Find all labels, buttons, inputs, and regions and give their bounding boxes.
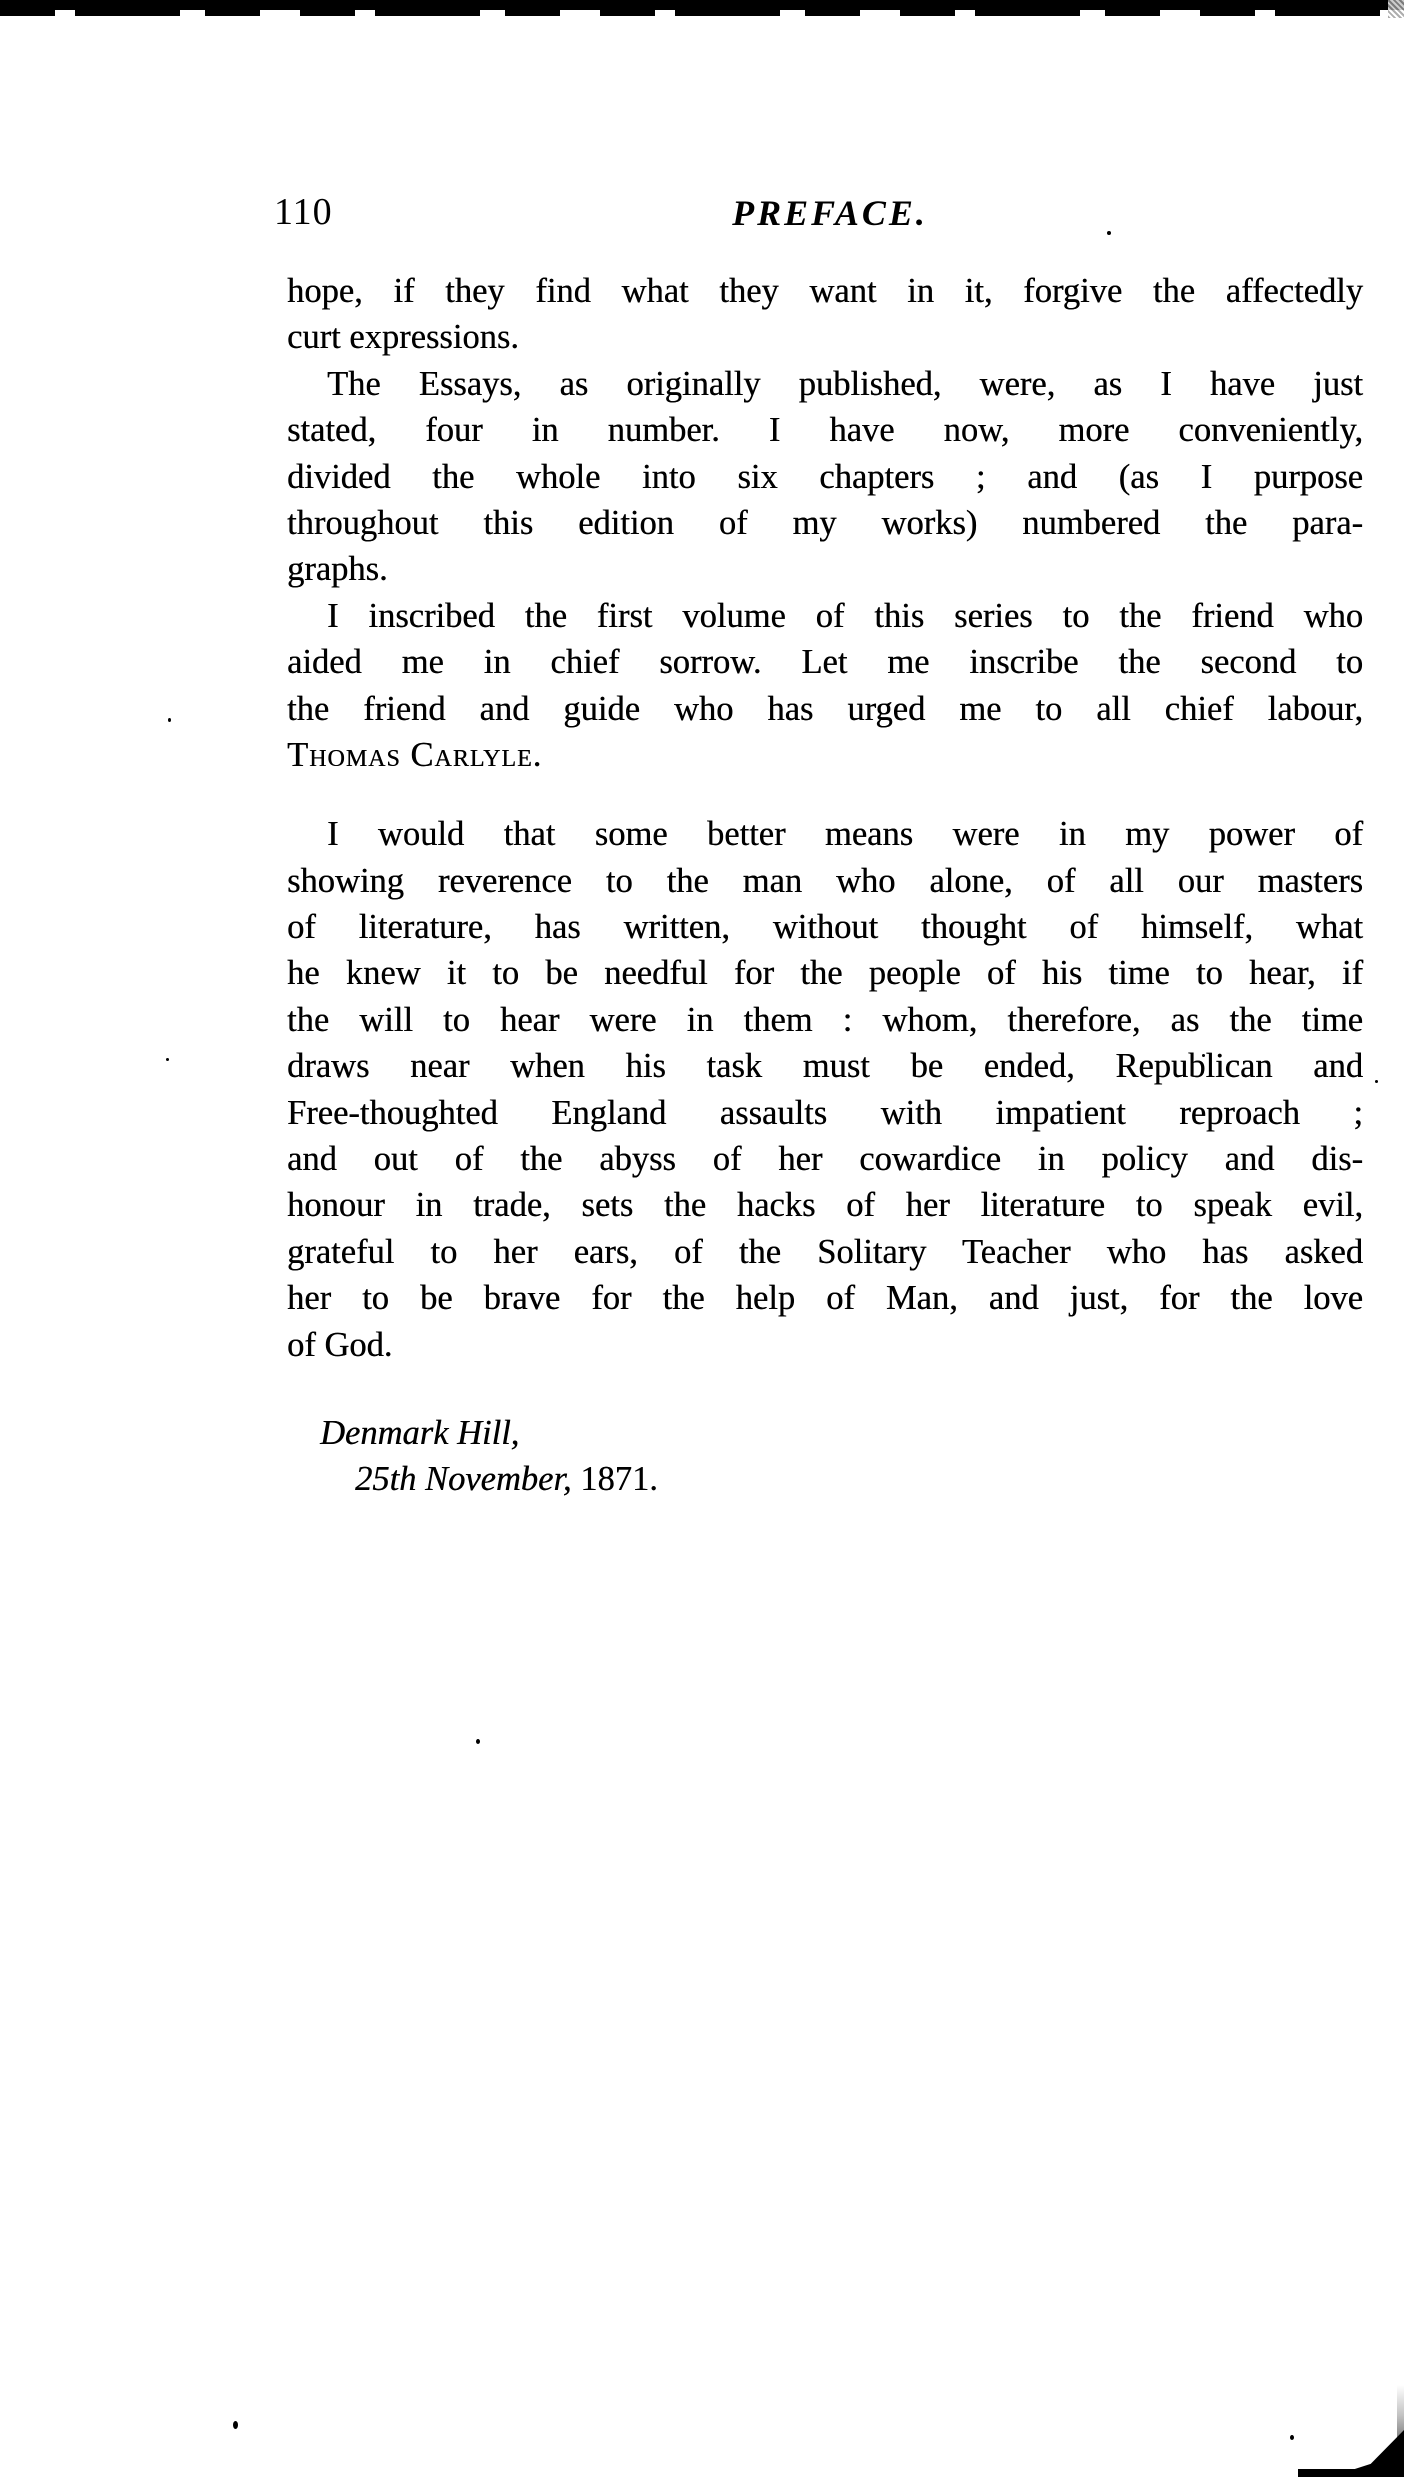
scan-speck bbox=[1375, 1080, 1378, 1083]
signature-date: 25th November, 1871. bbox=[287, 1456, 1363, 1502]
scan-speck bbox=[1107, 231, 1111, 235]
text-line: honour in trade, sets the hacks of her l… bbox=[287, 1182, 1363, 1228]
text-line: the will to hear were in them : whom, th… bbox=[287, 997, 1363, 1043]
text-line: grateful to her ears, of the Solitary Te… bbox=[287, 1229, 1363, 1275]
scan-speck bbox=[168, 718, 171, 722]
text-line: of literature, has written, without thou… bbox=[287, 904, 1363, 950]
signature-date-year: 1871. bbox=[572, 1460, 658, 1498]
scan-speck bbox=[166, 1058, 169, 1061]
text-line: Free-thoughted England assaults with imp… bbox=[287, 1090, 1363, 1136]
scan-artifact-top-jagged-edge bbox=[0, 10, 1404, 16]
text-line: curt expressions. bbox=[287, 314, 1363, 360]
scanned-book-page: 110 PREFACE. hope, if they find what the… bbox=[0, 0, 1404, 2477]
text-line: hope, if they find what they want in it,… bbox=[287, 268, 1363, 314]
text-line: The Essays, as originally published, wer… bbox=[287, 361, 1363, 407]
text-line: I would that some better means were in m… bbox=[287, 811, 1363, 857]
scan-artifact-top-strip bbox=[0, 0, 1404, 10]
text-line: the friend and guide who has urged me to… bbox=[287, 686, 1363, 732]
text-line: Thomas Carlyle. bbox=[287, 732, 1363, 778]
text-line: showing reverence to the man who alone, … bbox=[287, 858, 1363, 904]
scan-artifact-right-edge-speckle bbox=[1397, 2385, 1404, 2475]
running-title: PREFACE. bbox=[732, 192, 928, 234]
scan-speck bbox=[233, 2421, 238, 2429]
signature-date-italic: 25th November, bbox=[355, 1460, 572, 1498]
signature-block: Denmark Hill, 25th November, 1871. bbox=[287, 1410, 1363, 1503]
preface-body-text: hope, if they find what they want in it,… bbox=[287, 268, 1363, 1368]
text-line: her to be brave for the help of Man, and… bbox=[287, 1275, 1363, 1321]
scan-speck bbox=[1290, 2435, 1294, 2440]
text-line: divided the whole into six chapters ; an… bbox=[287, 454, 1363, 500]
text-line: throughout this edition of my works) num… bbox=[287, 500, 1363, 546]
text-line: draws near when his task must be ended, … bbox=[287, 1043, 1363, 1089]
text-line: he knew it to be needful for the people … bbox=[287, 950, 1363, 996]
page-number: 110 bbox=[274, 191, 333, 233]
signature-place: Denmark Hill, bbox=[287, 1410, 1363, 1456]
text-line: stated, four in number. I have now, more… bbox=[287, 407, 1363, 453]
text-line: graphs. bbox=[287, 546, 1363, 592]
scan-artifact-top-right-noise bbox=[1388, 0, 1404, 18]
text-line: and out of the abyss of her cowardice in… bbox=[287, 1136, 1363, 1182]
scan-speck bbox=[476, 1739, 480, 1744]
text-line: I inscribed the first volume of this ser… bbox=[287, 593, 1363, 639]
text-line: aided me in chief sorrow. Let me inscrib… bbox=[287, 639, 1363, 685]
text-line: of God. bbox=[287, 1322, 1363, 1368]
